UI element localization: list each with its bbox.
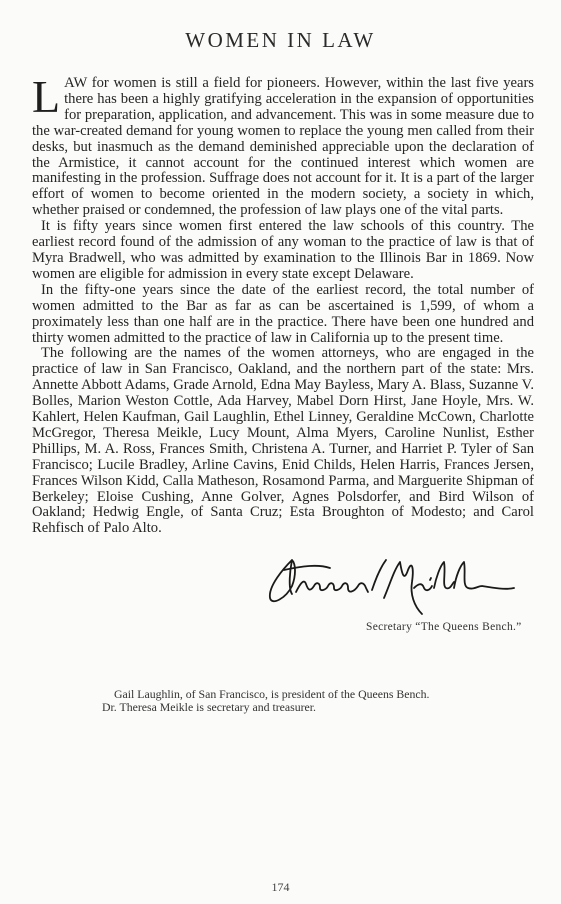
paragraph-1-text: AW for women is still a field for pionee… <box>32 75 534 218</box>
footnote-line-2: Dr. Theresa Meikle is secretary and trea… <box>102 701 482 714</box>
paragraph-1: LAW for women is still a field for pione… <box>32 76 534 219</box>
signature-caption: Secretary “The Queens Bench.” <box>366 621 522 633</box>
paragraph-4: The following are the names of the women… <box>32 346 534 537</box>
footnote: Gail Laughlin, of San Francisco, is pres… <box>102 688 482 714</box>
article-body: LAW for women is still a field for pione… <box>32 76 534 537</box>
drop-cap: L <box>32 79 60 115</box>
paragraph-2: It is fifty years since women first ente… <box>32 219 534 283</box>
paragraph-3: In the fifty-one years since the date of… <box>32 283 534 347</box>
page-number: 174 <box>0 880 561 895</box>
page-title: WOMEN IN LAW <box>0 28 561 53</box>
signature-theresa-meikle <box>262 548 542 618</box>
